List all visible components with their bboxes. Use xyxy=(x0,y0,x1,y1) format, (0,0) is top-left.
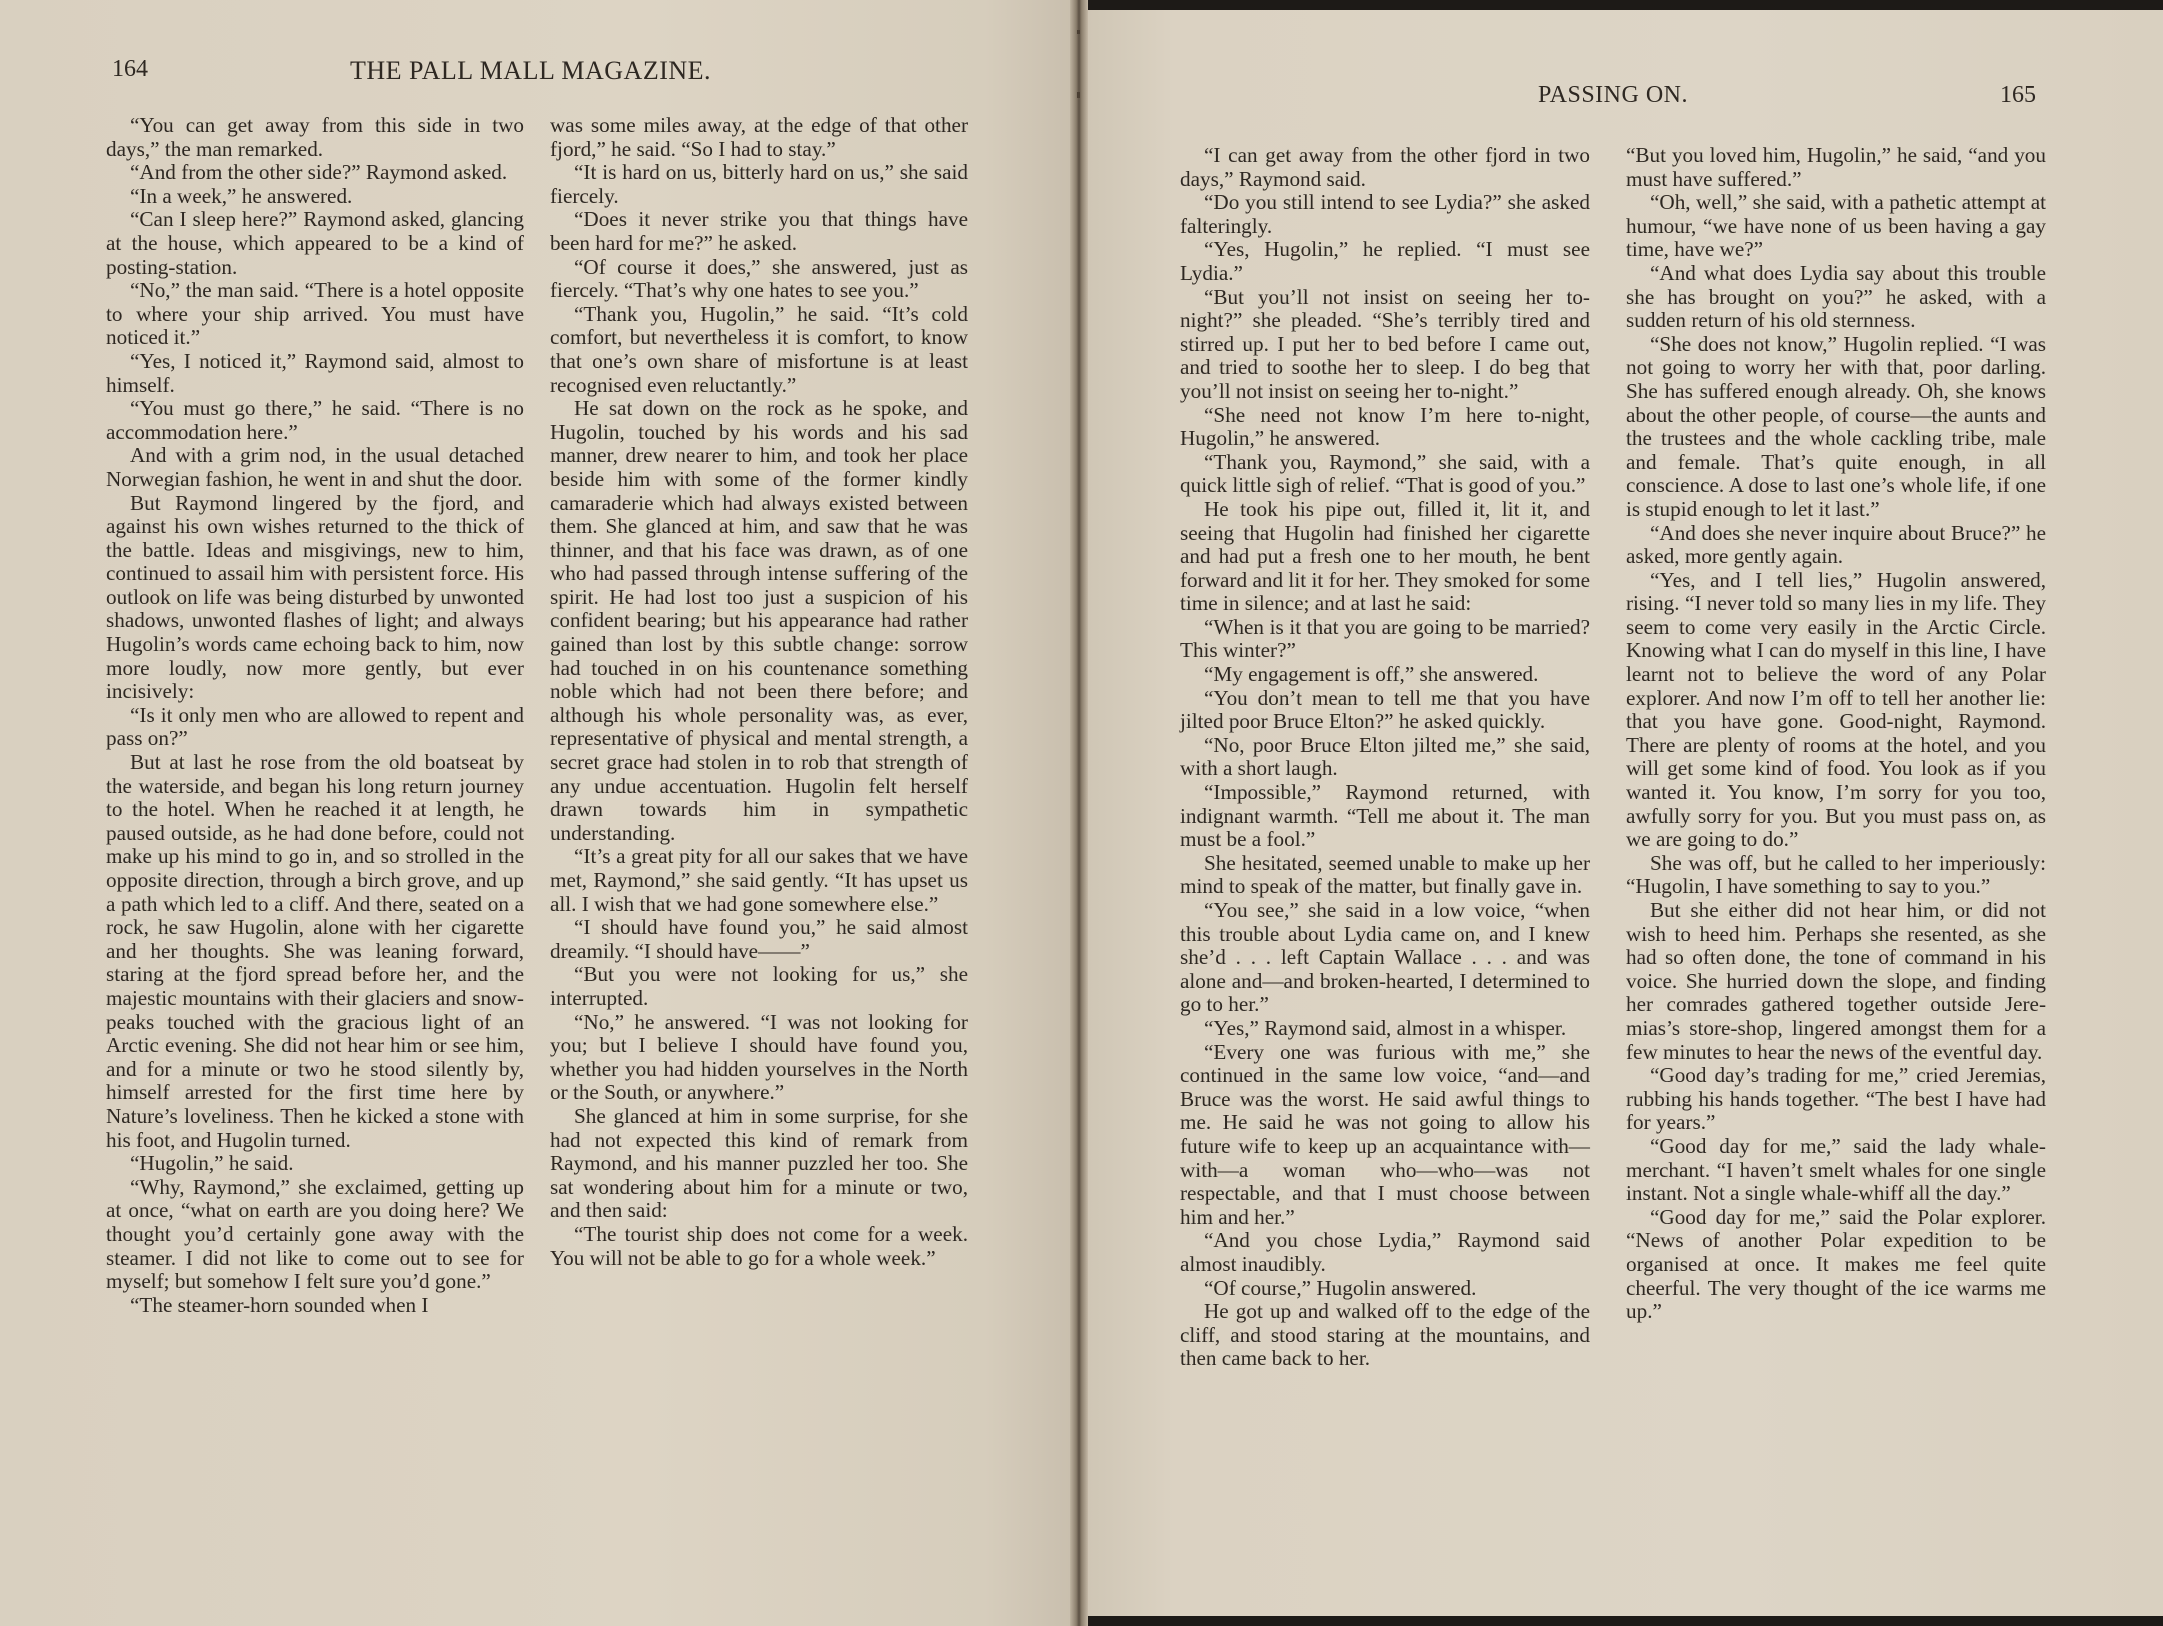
paragraph: “But you loved him, Hugolin,” he said, “… xyxy=(1626,144,2046,191)
paragraph: “You can get away from this side in two … xyxy=(106,114,524,161)
paragraph: “You must go there,” he said. “There is … xyxy=(106,397,524,444)
paragraph: “Of course it does,” she answered, just … xyxy=(550,256,968,303)
paragraph: “She need not know I’m here to-night, Hu… xyxy=(1180,404,1590,451)
paragraph: “Yes, I noticed it,” Raymond said, almos… xyxy=(106,350,524,397)
paragraph: She was off, but he called to her imperi… xyxy=(1626,852,2046,899)
running-head: THE PALL MALL MAGAZINE. xyxy=(350,56,711,86)
paragraph: “Good day’s trading for me,” cried Jerem… xyxy=(1626,1064,2046,1135)
paragraph: “Yes,” Raymond said, almost in a whisper… xyxy=(1180,1017,1590,1041)
paragraph: “But you were not looking for us,” she i… xyxy=(550,963,968,1010)
magazine-spread: 164 THE PALL MALL MAGAZINE. “You can get… xyxy=(0,0,2163,1626)
page-number: 165 xyxy=(2000,82,2036,109)
paragraph: “It is hard on us, bitterly hard on us,”… xyxy=(550,161,968,208)
paragraph: “When is it that you are going to be mar… xyxy=(1180,616,1590,663)
paragraph: “Hugolin,” he said. xyxy=(106,1152,524,1176)
paragraph: “She does not know,” Hugolin replied. “I… xyxy=(1626,333,2046,522)
paragraph: “Yes, and I tell lies,” Hugolin answered… xyxy=(1626,569,2046,852)
paragraph: But she either did not hear him, or did … xyxy=(1626,899,2046,1064)
paragraph: “No, poor Bruce Elton jilted me,” she sa… xyxy=(1180,734,1590,781)
text-column-1: “You can get away from this side in two … xyxy=(106,114,524,1317)
paragraph: “Impossible,” Raymond returned, with ind… xyxy=(1180,781,1590,852)
paragraph: “Of course,” Hugolin answered. xyxy=(1180,1277,1590,1301)
paragraph: “The tourist ship does not come for a we… xyxy=(550,1223,968,1270)
paragraph: “No,” he answered. “I was not looking fo… xyxy=(550,1011,968,1105)
paragraph: “Oh, well,” she said, with a pathetic at… xyxy=(1626,191,2046,262)
paragraph: was some miles away, at the edge of that… xyxy=(550,114,968,161)
paragraph: “Does it never strike you that things ha… xyxy=(550,208,968,255)
paragraph: “Thank you, Hugolin,” he said. “It’s col… xyxy=(550,303,968,397)
paragraph: She hesitated, seemed unable to make up … xyxy=(1180,852,1590,899)
paragraph: “Every one was furious with me,” she con… xyxy=(1180,1041,1590,1230)
paragraph: “No,” the man said. “There is a hotel op… xyxy=(106,279,524,350)
text-column-1: “I can get away from the other fjord in … xyxy=(1180,144,1590,1371)
paragraph: But at last he rose from the old boat­se… xyxy=(106,751,524,1152)
paragraph: “I should have found you,” he said almos… xyxy=(550,916,968,963)
book-gutter xyxy=(1070,0,1088,1626)
paragraph: He took his pipe out, filled it, lit it,… xyxy=(1180,498,1590,616)
paragraph: “Can I sleep here?” Raymond asked, glanc… xyxy=(106,208,524,279)
page-number: 164 xyxy=(112,56,148,83)
binding-mark xyxy=(1077,92,1080,98)
paragraph: “Is it only men who are allowed to repen… xyxy=(106,704,524,751)
paragraph: “Why, Raymond,” she exclaimed, getting u… xyxy=(106,1176,524,1294)
binding-mark xyxy=(1077,30,1080,34)
paragraph: “Good day for me,” said the Polar explor… xyxy=(1626,1206,2046,1324)
paragraph: “My engagement is off,” she answered. xyxy=(1180,663,1590,687)
paragraph: “I can get away from the other fjord in … xyxy=(1180,144,1590,191)
paragraph: “In a week,” he answered. xyxy=(106,185,524,209)
left-page: 164 THE PALL MALL MAGAZINE. “You can get… xyxy=(0,0,1070,1626)
paragraph: He got up and walked off to the edge of … xyxy=(1180,1300,1590,1371)
paragraph: “And from the other side?” Raymond asked… xyxy=(106,161,524,185)
paragraph: “Do you still intend to see Lydia?” she … xyxy=(1180,191,1590,238)
paragraph: “And what does Lydia say about this trou… xyxy=(1626,262,2046,333)
paragraph: “And does she never inquire about Bruce?… xyxy=(1626,522,2046,569)
paragraph: “The steamer-horn sounded when I xyxy=(106,1294,524,1318)
paragraph: “You see,” she said in a low voice, “whe… xyxy=(1180,899,1590,1017)
paragraph: “But you’ll not insist on seeing her to-… xyxy=(1180,286,1590,404)
right-page: PASSING ON. 165 “I can get away from the… xyxy=(1088,0,2163,1616)
text-column-2: “But you loved him, Hugolin,” he said, “… xyxy=(1626,144,2046,1324)
paragraph: She glanced at him in some surprise, for… xyxy=(550,1105,968,1223)
paragraph: “Thank you, Raymond,” she said, with a q… xyxy=(1180,451,1590,498)
running-head: PASSING ON. xyxy=(1538,82,1688,109)
paragraph: He sat down on the rock as he spoke, and… xyxy=(550,397,968,845)
paragraph: “Good day for me,” said the lady whale-m… xyxy=(1626,1135,2046,1206)
paragraph: But Raymond lingered by the fjord, and a… xyxy=(106,492,524,704)
paragraph: “It’s a great pity for all our sakes tha… xyxy=(550,845,968,916)
paragraph: “You don’t mean to tell me that you have… xyxy=(1180,687,1590,734)
paragraph: “And you chose Lydia,” Raymond said almo… xyxy=(1180,1229,1590,1276)
paragraph: “Yes, Hugolin,” he replied. “I must see … xyxy=(1180,238,1590,285)
text-column-2: was some miles away, at the edge of that… xyxy=(550,114,968,1270)
paragraph: And with a grim nod, in the usual detach… xyxy=(106,444,524,491)
